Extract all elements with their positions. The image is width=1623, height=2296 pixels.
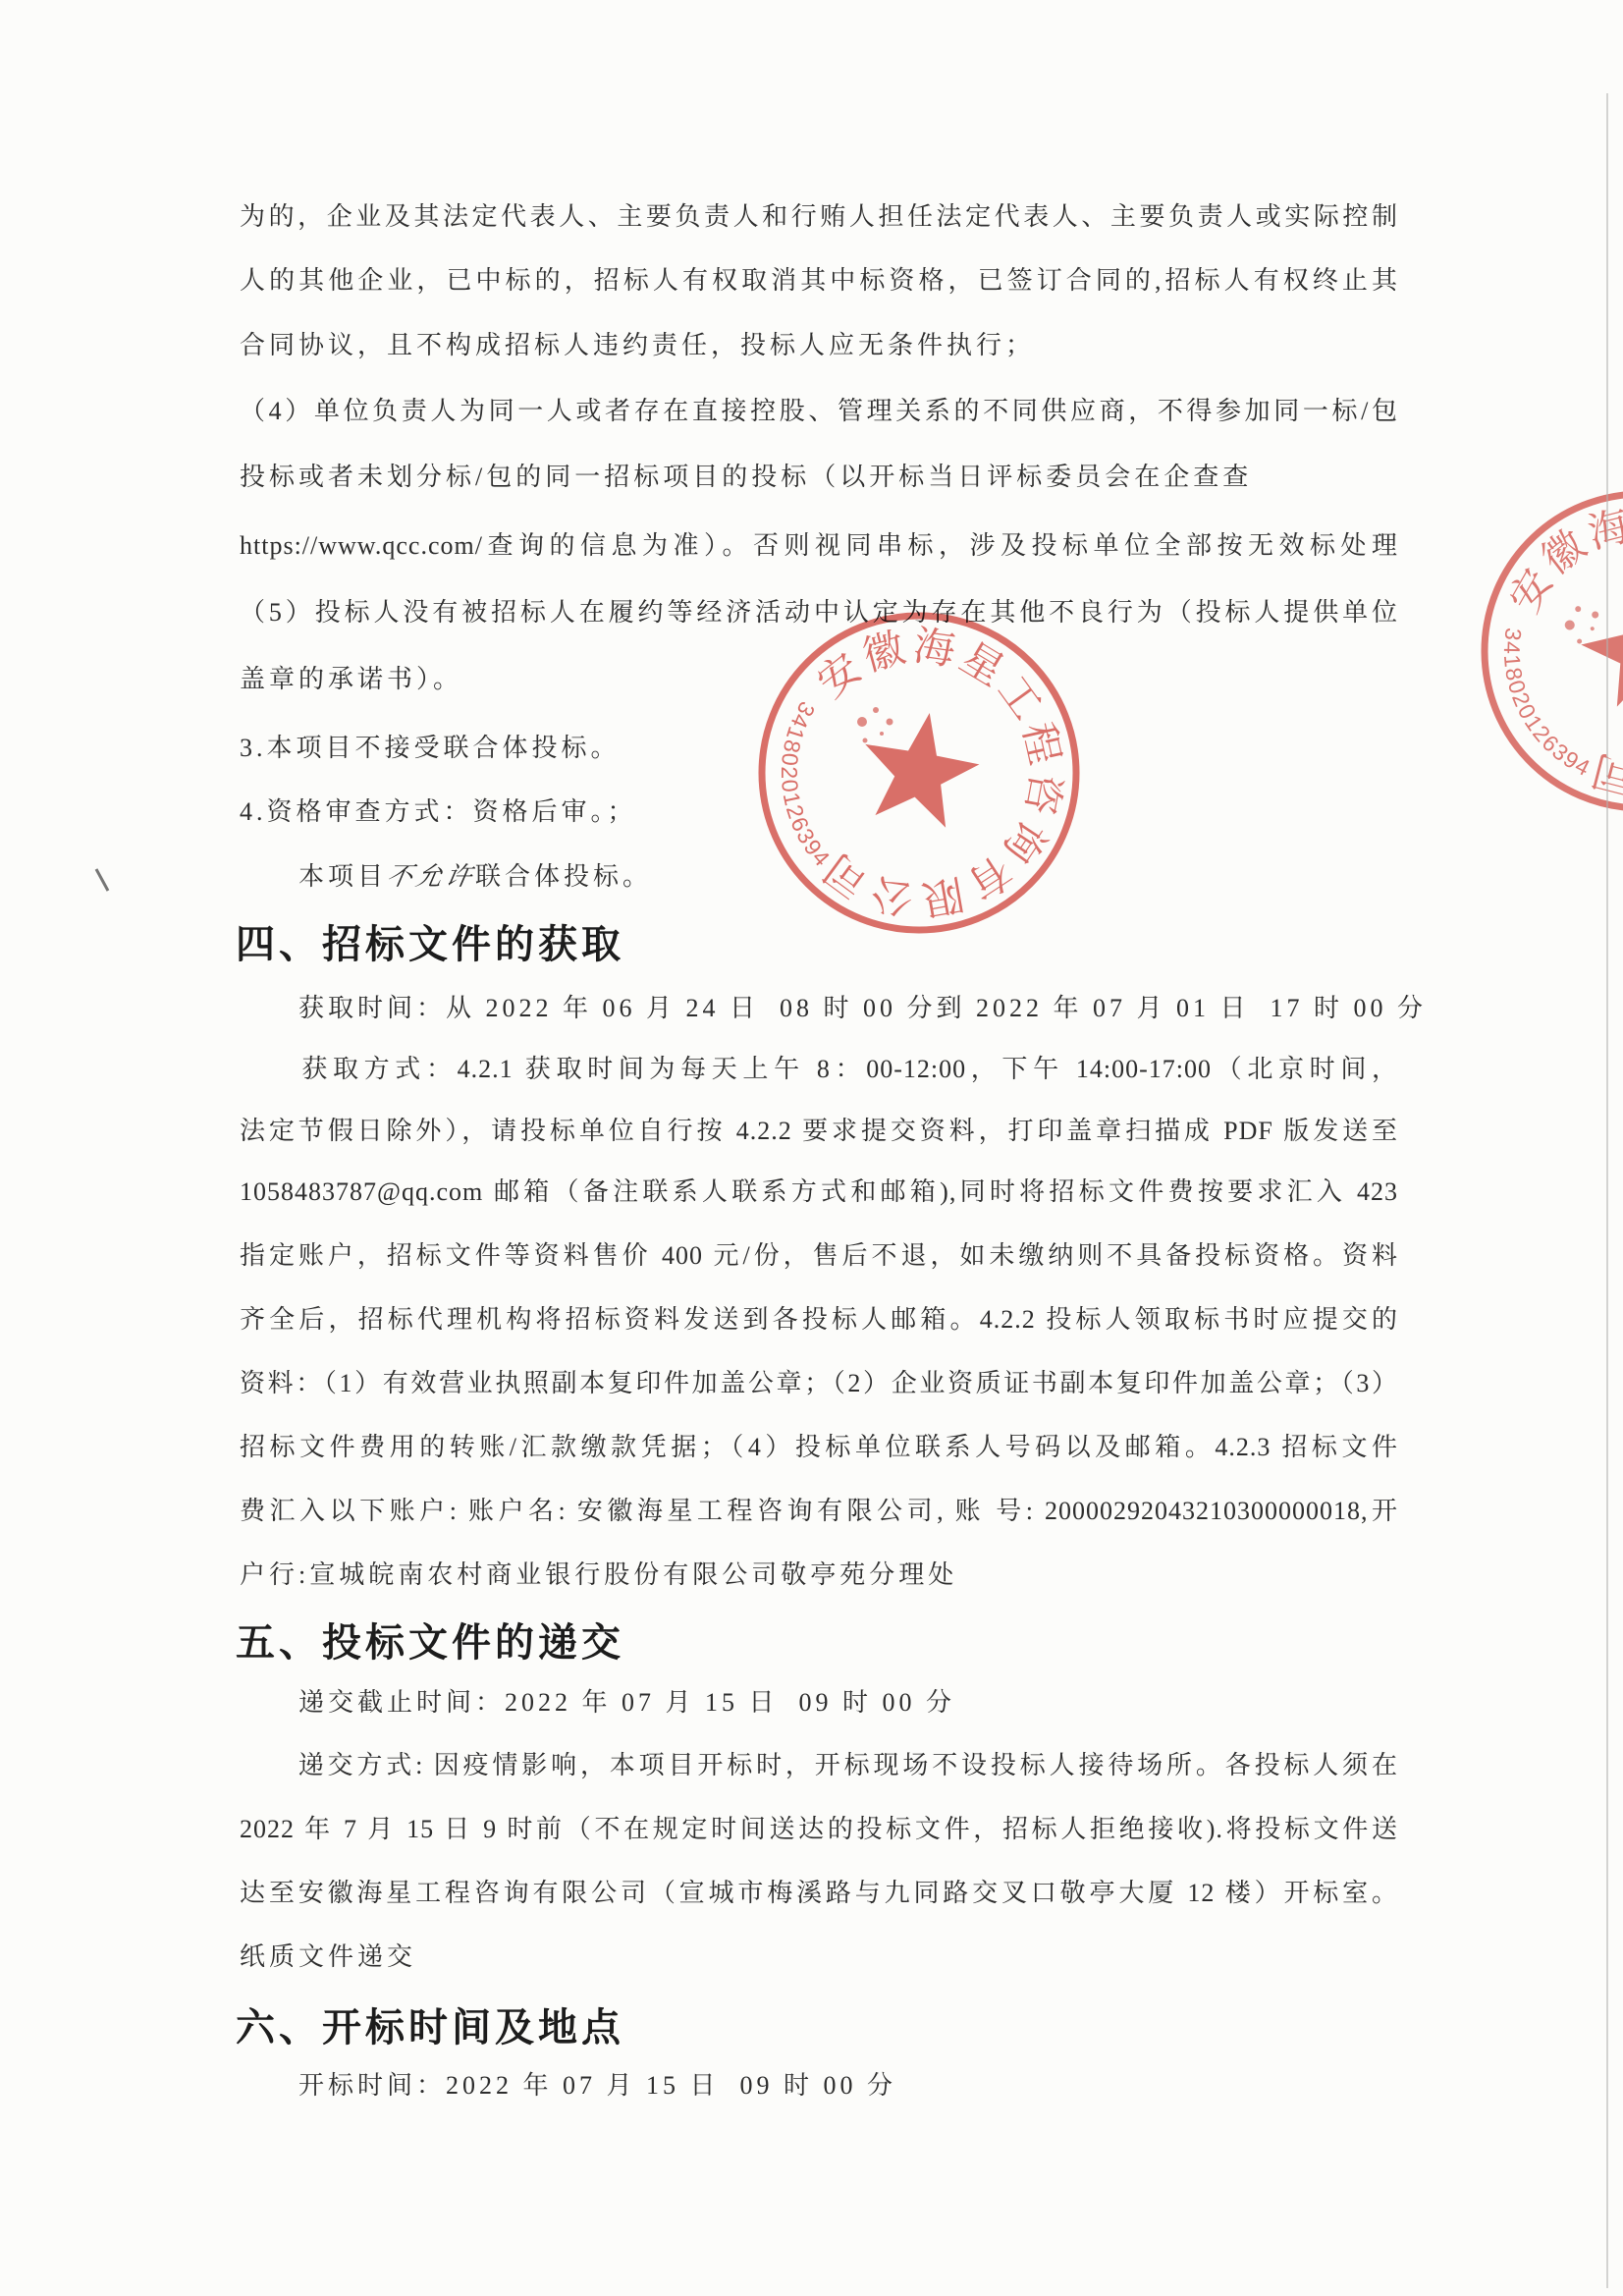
body-line: 3.本项目不接受联合体投标。 (240, 731, 1398, 765)
body-line: 人的其他企业，已中标的，招标人有权取消其中标资格，已签订合同的,招标人有权终止其 (240, 263, 1398, 298)
body-line: 1058483787@qq.com 邮箱（备注联系人联系方式和邮箱),同时将招标… (240, 1175, 1398, 1209)
section-heading-bid-opening: 六、开标时间及地点 (236, 1996, 624, 2052)
body-line: 齐全后，招标代理机构将招标资料发送到各投标人邮箱。4.2.2 投标人领取标书时应… (240, 1302, 1398, 1337)
document-page: 为的，企业及其法定代表人、主要负责人和行贿人担任法定代表人、主要负责人或实际控制… (0, 0, 1623, 2296)
body-line: 指定账户，招标文件等资料售价 400 元/份，售后不退，如未缴纳则不具备投标资格… (240, 1238, 1398, 1273)
joint-bid-emphasis: 不允许 (384, 859, 478, 894)
body-line: 2022 年 7 月 15 日 9 时前（不在规定时间送达的投标文件，招标人拒绝… (240, 1812, 1398, 1846)
body-line: 纸质文件递交 (240, 1940, 1398, 1974)
body-line: 递交方式: 因疫情影响，本项目开标时，开标现场不设投标人接待场所。各投标人须在 (240, 1748, 1398, 1782)
body-line: 招标文件费用的转账/汇款缴款凭据；（4）投标单位联系人号码以及邮箱。4.2.3 … (240, 1430, 1398, 1464)
body-line: 投标或者未划分标/包的同一招标项目的投标（以开标当日评标委员会在企查查 (240, 460, 1398, 494)
section-heading-obtain-documents: 四、招标文件的获取 (236, 913, 624, 969)
section-heading-bid-submission: 五、投标文件的递交 (236, 1612, 624, 1667)
body-line: （5）投标人没有被招标人在履约等经济活动中认定为存在其他不良行为（投标人提供单位 (240, 595, 1398, 629)
body-line: https://www.qcc.com/查询的信息为准）。否则视同串标，涉及投标… (240, 528, 1398, 563)
body-line: 资料：（1）有效营业执照副本复印件加盖公章；（2）企业资质证书副本复印件加盖公章… (240, 1366, 1398, 1400)
body-line: 递交截止时间：2022 年 07 月 15 日 09 时 00 分 (240, 1685, 1398, 1720)
body-line: 达至安徽海星工程咨询有限公司（宣城市梅溪路与九同路交叉口敬亭大厦 12 楼）开标… (240, 1876, 1398, 1910)
joint-bid-prefix: 本项目 (240, 862, 387, 891)
body-line: 开标时间：2022 年 07 月 15 日 09 时 00 分 (240, 2068, 1398, 2103)
body-line: 为的，企业及其法定代表人、主要负责人和行贿人担任法定代表人、主要负责人或实际控制 (240, 199, 1398, 234)
company-seal-partial (1437, 447, 1623, 856)
body-line: 盖章的承诺书）。 (240, 662, 1398, 696)
body-line: 合同协议，且不构成招标人违约责任，投标人应无条件执行； (240, 328, 1398, 362)
body-line: 户行:宣城皖南农村商业银行股份有限公司敬亭苑分理处 (240, 1558, 1398, 1592)
body-line: （4）单位负责人为同一人或者存在直接控股、管理关系的不同供应商，不得参加同一标/… (240, 394, 1398, 428)
body-line: 法定节假日除外），请投标单位自行按 4.2.2 要求提交资料，打印盖章扫描成 P… (240, 1114, 1398, 1148)
body-line: 费汇入以下账户: 账户名: 安徽海星工程咨询有限公司, 账 号: 2000029… (240, 1494, 1398, 1528)
body-line: 获取方式：4.2.1 获取时间为每天上午 8：00-12:00，下午 14:00… (240, 1052, 1398, 1086)
body-line-joint-bid: 本项目不允许联合体投标。 (240, 859, 1398, 894)
joint-bid-suffix: 联合体投标。 (475, 862, 652, 891)
stray-scan-mark (96, 869, 108, 891)
body-line: 获取时间：从 2022 年 06 月 24 日 08 时 00 分到 2022 … (240, 991, 1398, 1025)
body-line: 4.资格审查方式：资格后审。； (240, 794, 1398, 829)
